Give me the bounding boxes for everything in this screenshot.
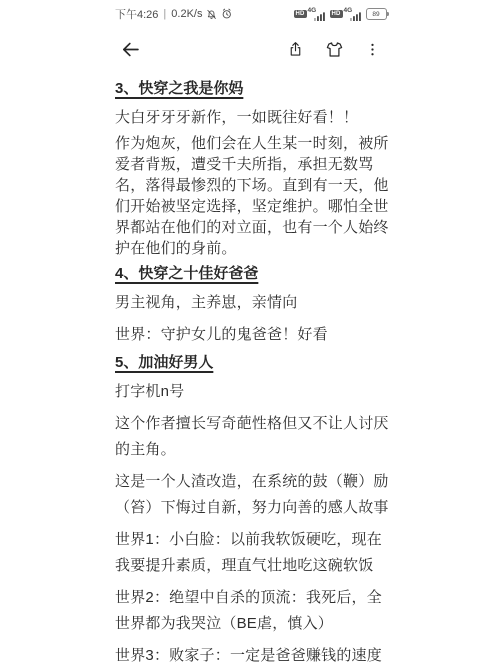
mute-icon [206,9,217,20]
paragraph: 世界：守护女儿的鬼爸爸！好看 [115,322,389,348]
theme-shirt-button[interactable] [325,41,344,58]
article-scroll-area[interactable]: 3、快穿之我是你妈大白牙牙牙新作，一如既往好看！！作为炮灰，他们会在人生某一时刻… [115,70,389,664]
nav-actions [287,40,380,59]
paragraph: 大白牙牙牙新作，一如既往好看！！ [115,105,389,131]
status-divider: | [162,8,167,20]
paragraph: 这是一个人渣改造，在系统的鼓（鞭）励 （笞）下悔过自新，努力向善的感人故事 [115,469,389,521]
phone-screen: 下午4:26 | 0.2K/s HD [115,0,389,664]
section-heading: 5、加油好男人 [115,352,389,373]
nav-bar [115,28,389,70]
shirt-icon [325,41,344,58]
sim1-indicator: HD 4G [294,8,325,21]
back-button[interactable] [120,39,141,60]
paragraph: 男主视角，主养崽，亲情向 [115,290,389,316]
paragraph: 世界2：绝望中自杀的顶流：我死后，全 世界都为我哭泣（BE虐，慎入） [115,585,389,637]
alarm-clock-icon [221,8,233,20]
paragraph: 打字机n号 [115,379,389,405]
paragraph: 世界1：小白脸：以前我软饭硬吃，现在 我要提升素质，理直气壮地吃这碗软饭 [115,527,389,579]
sim2-indicator: HD 4G [330,8,361,21]
status-left: 下午4:26 | 0.2K/s [115,6,233,22]
paragraph: 作为炮灰，他们会在人生某一时刻，被所 爱者背叛，遭受千夫所指，承担无数骂 名，落… [115,133,389,259]
back-icon [120,39,141,60]
paragraph: 世界3：败家子：一定是爸爸赚钱的速度 [115,643,389,664]
status-bar: 下午4:26 | 0.2K/s HD [115,0,389,28]
section-heading: 3、快穿之我是你妈 [115,78,389,99]
status-right: HD 4G HD 4G [294,8,389,21]
clock-time: 下午4:26 [115,6,158,22]
battery-icon: 89 [366,8,389,20]
paragraph: 这个作者擅长写奇葩性格但又不让人讨厌 的主角。 [115,411,389,463]
section-heading: 4、快穿之十佳好爸爸 [115,263,389,284]
battery-percent: 89 [372,11,379,18]
network-speed: 0.2K/s [171,8,202,20]
signal-bars-icon [314,12,325,21]
more-options-button[interactable] [365,40,380,59]
share-button[interactable] [287,40,304,58]
hd-badge: HD [330,10,343,18]
share-icon [287,40,304,58]
signal-bars-icon [350,12,361,21]
more-options-icon [365,40,380,59]
hd-badge: HD [294,10,307,18]
